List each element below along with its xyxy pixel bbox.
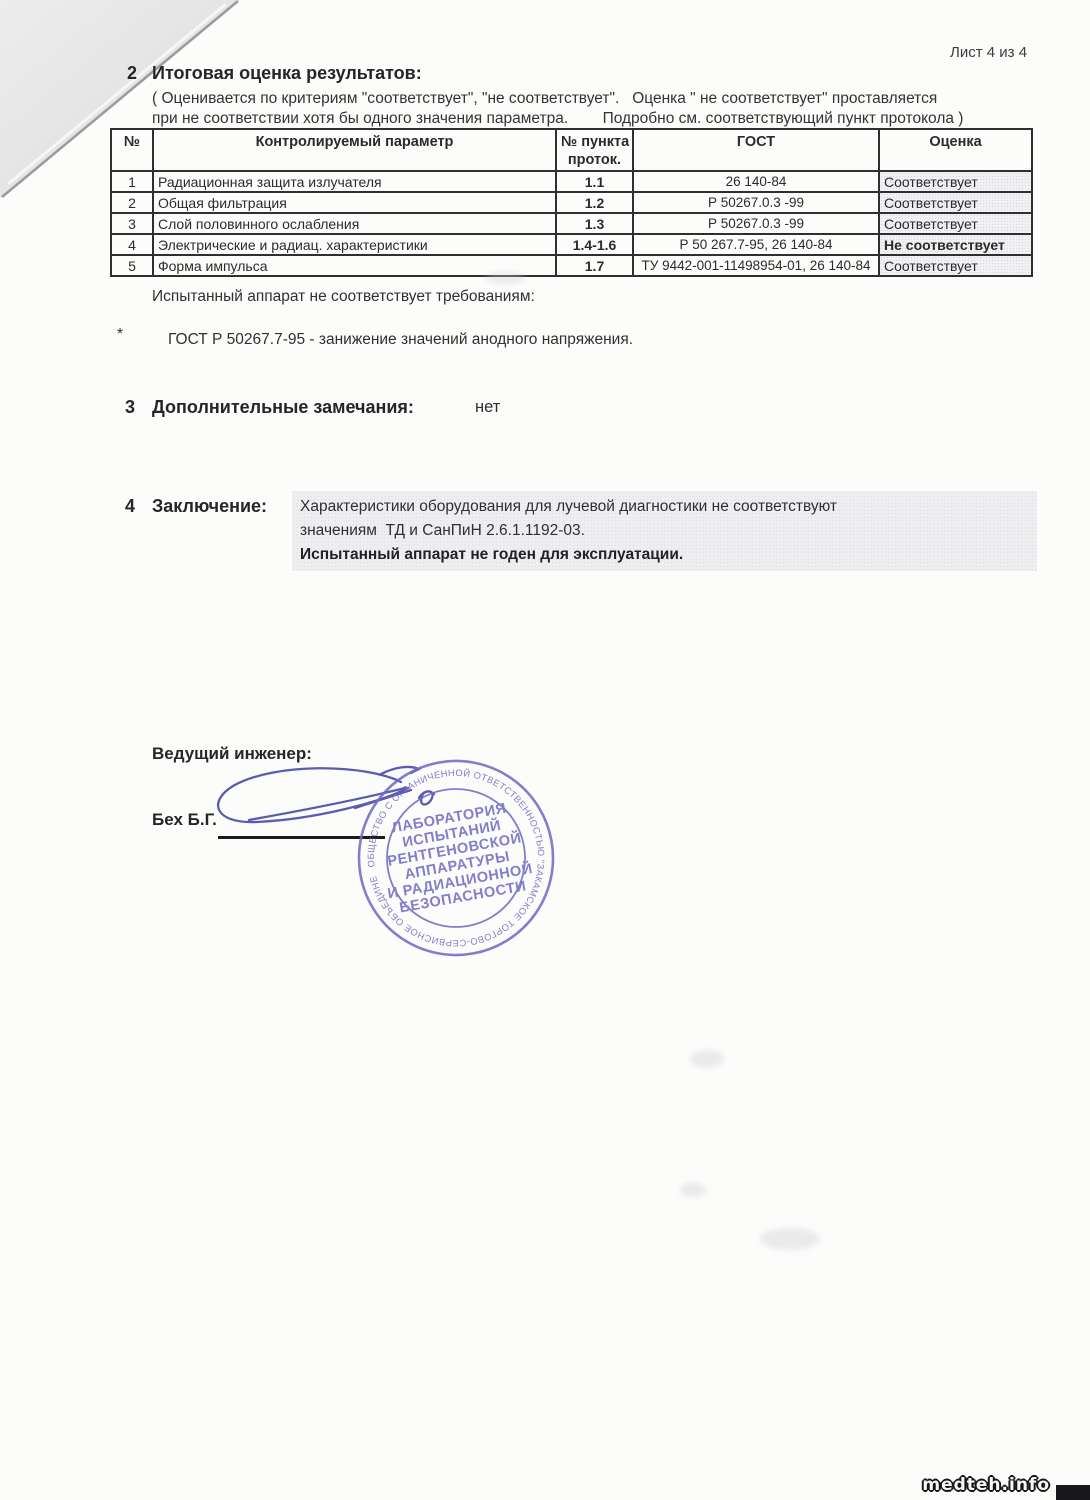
cell-param: Общая фильтрация <box>153 192 556 213</box>
cell-clause: 1.4-1.6 <box>556 234 633 255</box>
section-3-title: Дополнительные замечания: <box>152 397 414 418</box>
conclusion-line1: Характеристики оборудования для лучевой … <box>300 495 1037 519</box>
cell-gost: Р 50267.0.3 -99 <box>633 192 879 213</box>
section-2-note-line2: при не соответствии хотя бы одного значе… <box>152 110 963 128</box>
header-grade: Оценка <box>879 129 1032 171</box>
cell-num: 4 <box>111 234 153 255</box>
header-param: Контролируемый параметр <box>153 129 556 171</box>
table-row: 1 Радиационная защита излучателя 1.1 26 … <box>111 171 1032 192</box>
cell-grade: Не соответствует <box>879 234 1032 255</box>
cell-grade: Соответствует <box>879 192 1032 213</box>
corner-dark-patch <box>1056 1485 1090 1500</box>
statement-gost-note: ГОСТ Р 50267.7-95 - занижение значений а… <box>168 331 633 349</box>
cell-num: 1 <box>111 171 153 192</box>
cell-gost: Р 50267.0.3 -99 <box>633 213 879 234</box>
header-clause: № пунктапроток. <box>556 129 633 171</box>
cell-grade: Соответствует <box>879 171 1032 192</box>
conclusion-line2: значениям ТД и СанПиН 2.6.1.1192-03. <box>300 519 1037 543</box>
cell-clause: 1.7 <box>556 255 633 276</box>
statement-intro: Испытанный аппарат не соответствует треб… <box>152 288 535 306</box>
conclusion-line3: Испытанный аппарат не годен для эксплуат… <box>300 543 1037 567</box>
header-clause-line2: проток. <box>568 152 621 168</box>
table-row: 5 Форма импульса 1.7 ТУ 9442-001-1149895… <box>111 255 1032 276</box>
header-gost: ГОСТ <box>633 129 879 171</box>
section-2-number: 2 <box>127 63 137 84</box>
section-3-value: нет <box>475 398 500 417</box>
section-4-number: 4 <box>125 496 135 517</box>
conclusion-block: Характеристики оборудования для лучевой … <box>292 491 1037 571</box>
cell-clause: 1.1 <box>556 171 633 192</box>
results-table: № Контролируемый параметр № пунктапроток… <box>110 128 1033 277</box>
round-stamp: ОБЩЕСТВО С ОГРАНИЧЕННОЙ ОТВЕТСТВЕННОСТЬЮ… <box>348 750 564 966</box>
statement-star: * <box>117 326 123 344</box>
cell-param: Слой половинного ослабления <box>153 213 556 234</box>
header-clause-line1: № пункта <box>561 134 629 150</box>
section-4-title: Заключение: <box>152 496 267 517</box>
cell-grade: Соответствует <box>879 255 1032 276</box>
cell-grade: Соответствует <box>879 213 1032 234</box>
cell-param: Электрические и радиац. характеристики <box>153 234 556 255</box>
cell-gost: Р 50 267.7-95, 26 140-84 <box>633 234 879 255</box>
table-row: 3 Слой половинного ослабления 1.3 Р 5026… <box>111 213 1032 234</box>
section-3-number: 3 <box>125 397 135 418</box>
watermark: medteh.info <box>922 1475 1050 1495</box>
cell-num: 2 <box>111 192 153 213</box>
cell-num: 5 <box>111 255 153 276</box>
cell-clause: 1.3 <box>556 213 633 234</box>
table-row: 4 Электрические и радиац. характеристики… <box>111 234 1032 255</box>
header-num: № <box>111 129 153 171</box>
table-header-row: № Контролируемый параметр № пунктапроток… <box>111 129 1032 171</box>
cell-clause: 1.2 <box>556 192 633 213</box>
scan-smudge <box>485 272 525 284</box>
section-2-title: Итоговая оценка результатов: <box>152 63 422 84</box>
sheet-number: Лист 4 из 4 <box>950 44 1027 61</box>
section-2-note-line1: ( Оценивается по критериям "соответствуе… <box>152 90 937 108</box>
cell-num: 3 <box>111 213 153 234</box>
scan-smudge <box>690 1050 724 1068</box>
cell-param: Радиационная защита излучателя <box>153 171 556 192</box>
cell-gost: 26 140-84 <box>633 171 879 192</box>
scan-smudge <box>760 1228 820 1250</box>
scan-smudge <box>680 1183 706 1197</box>
table-row: 2 Общая фильтрация 1.2 Р 50267.0.3 -99 С… <box>111 192 1032 213</box>
cell-gost: ТУ 9442-001-11498954-01, 26 140-84 <box>633 255 879 276</box>
